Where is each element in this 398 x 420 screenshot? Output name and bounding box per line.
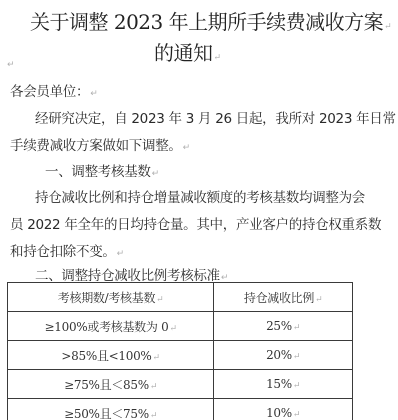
section1-heading: 一、调整考核基数↵ [45, 160, 159, 180]
cell-text: 15% [266, 377, 292, 391]
table-header-cell: 持仓减收比例↵ [214, 283, 353, 312]
table-cell: ≥50%且＜75%↵ [8, 399, 214, 420]
table-cell: ≥100%或考核基数为 0↵ [8, 312, 214, 341]
cell-text: 10% [266, 406, 292, 420]
table-header-cell: 考核期数/考核基数↵ [8, 283, 214, 312]
paragraph-mark-icon: ↵ [117, 249, 124, 259]
table-row: ≥100%或考核基数为 0↵ 25%↵ [8, 312, 353, 341]
paragraph-mark-icon: ↵ [293, 352, 300, 362]
reduction-ratio-table: 考核期数/考核基数↵ 持仓减收比例↵ ≥100%或考核基数为 0↵ 25%↵ >… [7, 282, 353, 420]
section1-line-3: 和持仓扣除不变。↵ [10, 240, 124, 260]
cell-text: >85%且<100% [61, 349, 151, 363]
paragraph-mark-icon: ↵ [156, 295, 163, 305]
intro-line-1: 经研究决定，自 2023 年 3 月 26 日起，我所对 2023 年日常 [35, 107, 396, 127]
table-cell: >85%且<100%↵ [8, 341, 214, 370]
paragraph-mark-icon: ↵ [7, 60, 15, 70]
table-row: ≥50%且＜75%↵ 10%↵ [8, 399, 353, 420]
cell-text: ≥100%或考核基数为 0 [45, 320, 169, 334]
title-text-1: 关于调整 2023 年上期所手续费减收方案 [30, 10, 383, 34]
document-title-line2: 的通知↵ [154, 37, 221, 66]
salutation: 各会员单位：↵ [10, 80, 97, 100]
intro-line-2: 手续费减收方案做如下调整。↵ [10, 134, 190, 154]
section1-line-2: 员 2022 年全年的日均持仓量。其中，产业客户的持仓权重系数 [10, 213, 381, 233]
document-title-line1: 关于调整 2023 年上期所手续费减收方案↵ [30, 6, 391, 35]
paragraph-mark-icon: ↵ [152, 169, 159, 179]
paragraph-mark-icon: ↵ [293, 410, 300, 420]
cell-text: ≥75%且＜85% [64, 378, 149, 392]
paragraph-mark-icon: ↵ [90, 89, 97, 99]
table-header-row: 考核期数/考核基数↵ 持仓减收比例↵ [8, 283, 353, 312]
table-cell: 20%↵ [214, 341, 353, 370]
cell-text: 20% [266, 348, 292, 362]
paragraph-mark-icon: ↵ [169, 324, 176, 334]
header-text: 持仓减收比例 [244, 291, 314, 305]
paragraph-mark-icon: ↵ [384, 22, 391, 32]
cell-text: ≥50%且＜75% [64, 407, 149, 420]
section1-line-1: 持仓减收比例和持仓增量减收额度的考核基数均调整为会 [35, 186, 365, 206]
table-cell: ≥75%且＜85%↵ [8, 370, 214, 399]
paragraph-mark-icon: ↵ [315, 295, 322, 305]
section1-heading-text: 一、调整考核基数 [45, 164, 151, 180]
header-text: 考核期数/考核基数 [58, 291, 155, 305]
table-row: >85%且<100%↵ 20%↵ [8, 341, 353, 370]
paragraph-mark-icon: ↵ [214, 53, 221, 63]
table-row: ≥75%且＜85%↵ 15%↵ [8, 370, 353, 399]
table-cell: 15%↵ [214, 370, 353, 399]
section1-line-3-text: 和持仓扣除不变。 [10, 244, 116, 260]
section2-heading: 二、调整持仓减收比例考核标准↵ [35, 264, 228, 284]
paragraph-mark-icon: ↵ [183, 143, 190, 153]
salutation-text: 各会员单位： [10, 84, 89, 100]
cell-text: 25% [266, 319, 292, 333]
table-cell: 10%↵ [214, 399, 353, 420]
paragraph-mark-icon: ↵ [150, 411, 157, 420]
paragraph-mark-icon: ↵ [293, 381, 300, 391]
paragraph-mark-icon: ↵ [150, 382, 157, 392]
intro-line-2-text: 手续费减收方案做如下调整。 [10, 138, 182, 154]
paragraph-mark-icon: ↵ [293, 323, 300, 333]
table-cell: 25%↵ [214, 312, 353, 341]
title-text-2: 的通知 [154, 41, 213, 65]
paragraph-mark-icon: ↵ [153, 353, 160, 363]
